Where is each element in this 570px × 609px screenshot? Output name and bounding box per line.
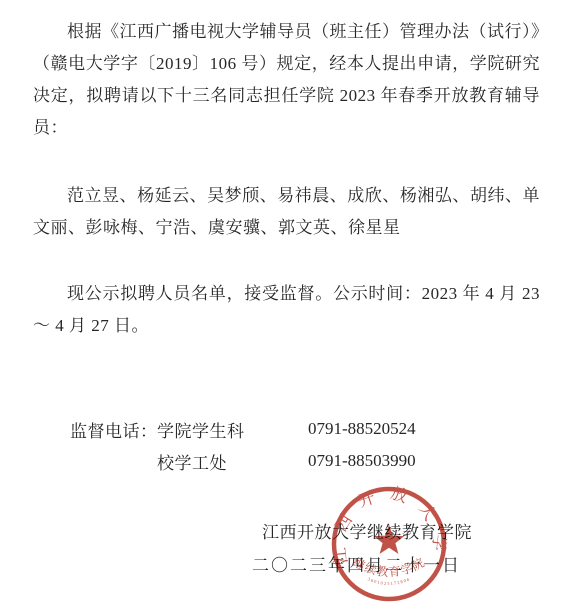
seal-serial-number: 3601025172806 <box>367 576 411 586</box>
paragraph-announcement: 现公示拟聘人员名单，接受监督。公示时间：2023 年 4 月 23 ～ 4 月 … <box>33 278 540 342</box>
document-page: 根据《江西广播电视大学辅导员（班主任）管理办法（试行）》（赣电大学字〔2019〕… <box>0 0 570 609</box>
contact-label: 监督电话： <box>70 417 158 442</box>
official-seal: 江西开放大学 继续教育学院 3601025172806 <box>329 484 449 604</box>
names-list: 范立昱、杨延云、吴梦颀、易祎晨、成欣、杨湘弘、胡纬、单文丽、彭咏梅、宁浩、虞安骥… <box>33 186 540 237</box>
paragraph-basis: 根据《江西广播电视大学辅导员（班主任）管理办法（试行）》（赣电大学字〔2019〕… <box>33 16 540 144</box>
seal-star-icon <box>374 525 404 554</box>
contact-phone-student-section: 0791-88520524 <box>308 419 416 439</box>
paragraph-names: 范立昱、杨延云、吴梦颀、易祎晨、成欣、杨湘弘、胡纬、单文丽、彭咏梅、宁浩、虞安骥… <box>33 180 540 244</box>
contact-dept-student-section: 学院学生科 <box>157 417 245 442</box>
seal-bottom-text: 继续教育学院 <box>351 555 428 579</box>
seal-top-text: 江西开放大学 <box>329 484 449 565</box>
contact-phone-student-affairs: 0791-88503990 <box>308 451 416 471</box>
contact-dept-student-affairs: 校学工处 <box>157 449 227 474</box>
